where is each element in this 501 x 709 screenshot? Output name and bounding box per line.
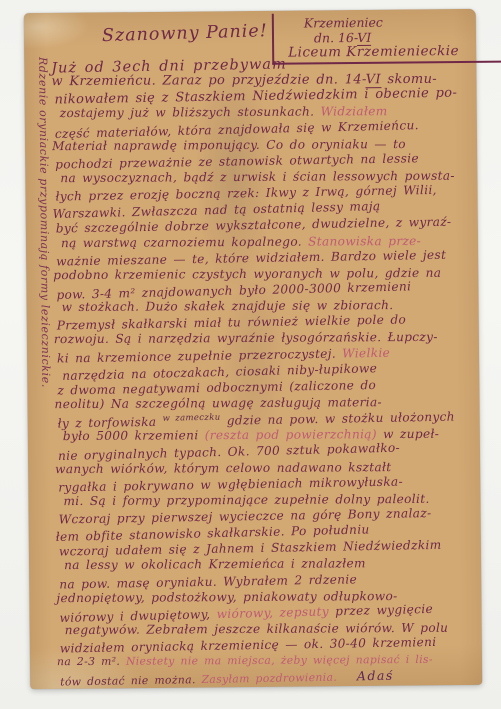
- line-segment-light: Niestety nie ma miejsca, żeby więcej nap…: [126, 653, 433, 668]
- postcard: Rdzenie oryniackie przypominają formy le…: [24, 9, 482, 689]
- line-segment-light: Stanowiska prze-: [308, 233, 421, 248]
- line-segment-light: Zasyłam pozdrowienia.: [201, 671, 343, 686]
- line-segment: było 5000 krzemieni: [63, 428, 205, 443]
- line-segment: ną warstwą czarnoziemu kopalnego.: [61, 234, 308, 250]
- letter-body: Już od 3ech dni przebywam w Krzemieńcu. …: [24, 55, 480, 689]
- line-segment-light: (reszta pod powierzchnią): [205, 427, 377, 442]
- line-segment-inserted: w zameczku: [162, 413, 220, 424]
- line-segment-light: Wielkie: [342, 345, 390, 360]
- line-segment: zostajemy już w bliższych stosunkach.: [60, 105, 321, 121]
- line-segment-light: wiórowy, zepsuty: [216, 604, 329, 621]
- salutation: Szanowny Panie!: [102, 21, 268, 46]
- line-segment: gdzie na pow. w stożku ułożonych: [220, 410, 455, 428]
- line-segment: przez wygięcie: [329, 602, 433, 619]
- line-segment: na 2-3 m².: [57, 655, 126, 668]
- signature: Adaś: [357, 668, 394, 684]
- line-segment-light: Widziałem: [321, 105, 388, 119]
- line-segment: w Krzemieńcu. Zaraz po przyjeździe dn. 1…: [51, 72, 365, 89]
- date-prefix: dn. 16-: [314, 29, 357, 44]
- line-segment: tów dostać nie można.: [60, 673, 202, 688]
- scan-background: { "colors": { "card_background": "#d2a87…: [0, 0, 501, 709]
